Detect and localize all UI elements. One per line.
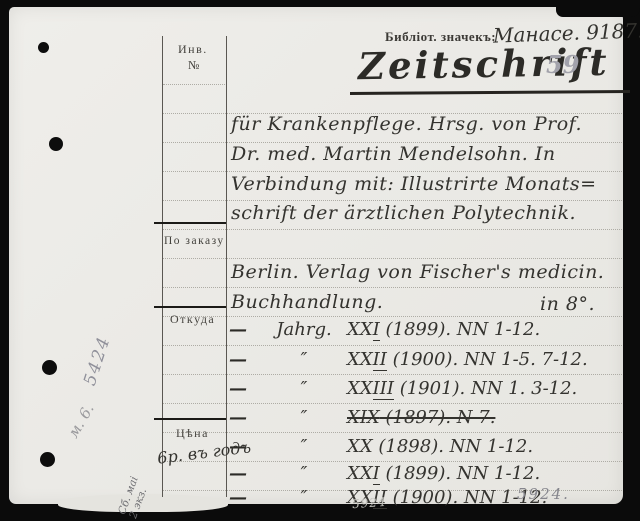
holding-text: XXII (1900). NN 1-5. 7-12. bbox=[347, 349, 588, 370]
ruled-line bbox=[163, 432, 622, 433]
imprint-line: Buchhandlung. bbox=[231, 291, 383, 313]
section-divider bbox=[154, 418, 226, 420]
dash: — bbox=[229, 407, 261, 428]
holding-text: XXI (1899). NN 1-12. bbox=[347, 463, 540, 484]
description-line: schrift der ärztlichen Polytechnik. bbox=[231, 202, 576, 224]
label-inventory-no: № bbox=[188, 58, 201, 73]
dash: — bbox=[229, 319, 261, 340]
description-line: Dr. med. Martin Mendelsohn. In bbox=[231, 143, 556, 165]
ruled-line bbox=[163, 258, 622, 259]
column-right-line bbox=[226, 36, 227, 497]
holding-row: — ″ XXIII (1901). NN 1. 3-12. bbox=[229, 378, 619, 399]
description-line: für Krankenpflege. Hrsg. von Prof. bbox=[231, 113, 582, 135]
holding-prefix: ″ bbox=[261, 407, 347, 428]
punch-hole bbox=[49, 137, 63, 151]
holding-prefix: ″ bbox=[261, 349, 347, 370]
holding-row: — ″ XIX (1897). N 7. bbox=[229, 407, 619, 428]
ruled-line bbox=[163, 287, 622, 288]
catalog-card-scan: Инв. № По заказу Откуда Цѣна Библіот. зн… bbox=[0, 0, 640, 521]
holding-text: XXI (1899). NN 1-12. bbox=[347, 319, 540, 340]
holding-prefix: ″ bbox=[261, 436, 347, 457]
holding-row: — Jahrg. XXI (1899). NN 1-12. bbox=[229, 319, 619, 340]
holding-prefix: ″ bbox=[261, 487, 347, 508]
column-left-line bbox=[162, 36, 163, 497]
ruled-line bbox=[163, 374, 622, 375]
ruled-line bbox=[163, 316, 622, 317]
ruled-line bbox=[163, 345, 622, 346]
punch-hole bbox=[42, 360, 57, 375]
dash: — bbox=[229, 463, 261, 484]
holding-row: — ″ XXII (1900). NN 1-5. 7-12. bbox=[229, 349, 619, 370]
holding-text: XIX (1897). N 7. bbox=[347, 407, 495, 428]
holding-row: — ″ XXI (1899). NN 1-12. bbox=[229, 463, 619, 484]
punch-hole bbox=[40, 452, 55, 467]
dash: — bbox=[229, 378, 261, 399]
ruled-line bbox=[163, 229, 622, 230]
holding-text: XXIII (1901). NN 1. 3-12. bbox=[347, 378, 577, 399]
faint-number-pencil: 5924 bbox=[352, 495, 387, 511]
holding-prefix: ″ bbox=[261, 378, 347, 399]
holding-row: — ″ XX (1898). NN 1-12. bbox=[229, 436, 619, 457]
holding-text: XX (1898). NN 1-12. bbox=[347, 436, 533, 457]
bottom-number-pencil: 5924. bbox=[517, 485, 570, 503]
ruled-line bbox=[163, 461, 622, 462]
ruled-line bbox=[163, 171, 622, 172]
holding-prefix: ″ bbox=[261, 463, 347, 484]
holding-prefix: Jahrg. bbox=[261, 319, 347, 340]
ruled-line bbox=[163, 403, 622, 404]
imprint-line: Berlin. Verlag von Fischer's medicin. bbox=[231, 261, 604, 283]
format-note: in 8°. bbox=[540, 293, 595, 315]
ruled-line-column bbox=[163, 84, 225, 85]
section-divider bbox=[154, 306, 226, 308]
section-divider bbox=[154, 222, 226, 224]
title-number-pencil: 59 bbox=[546, 50, 579, 79]
label-cena: Цѣна bbox=[176, 426, 209, 441]
dash: — bbox=[229, 487, 261, 508]
scan-border-blob bbox=[556, 0, 640, 17]
description-line: Verbindung mit: Illustrirte Monats= bbox=[231, 173, 597, 195]
label-inventory: Инв. bbox=[178, 42, 208, 57]
label-po-zakazu: По заказу bbox=[164, 235, 225, 247]
ruled-line bbox=[163, 200, 622, 201]
punch-hole bbox=[38, 42, 49, 53]
label-otkuda: Откуда bbox=[170, 312, 215, 327]
dash: — bbox=[229, 349, 261, 370]
